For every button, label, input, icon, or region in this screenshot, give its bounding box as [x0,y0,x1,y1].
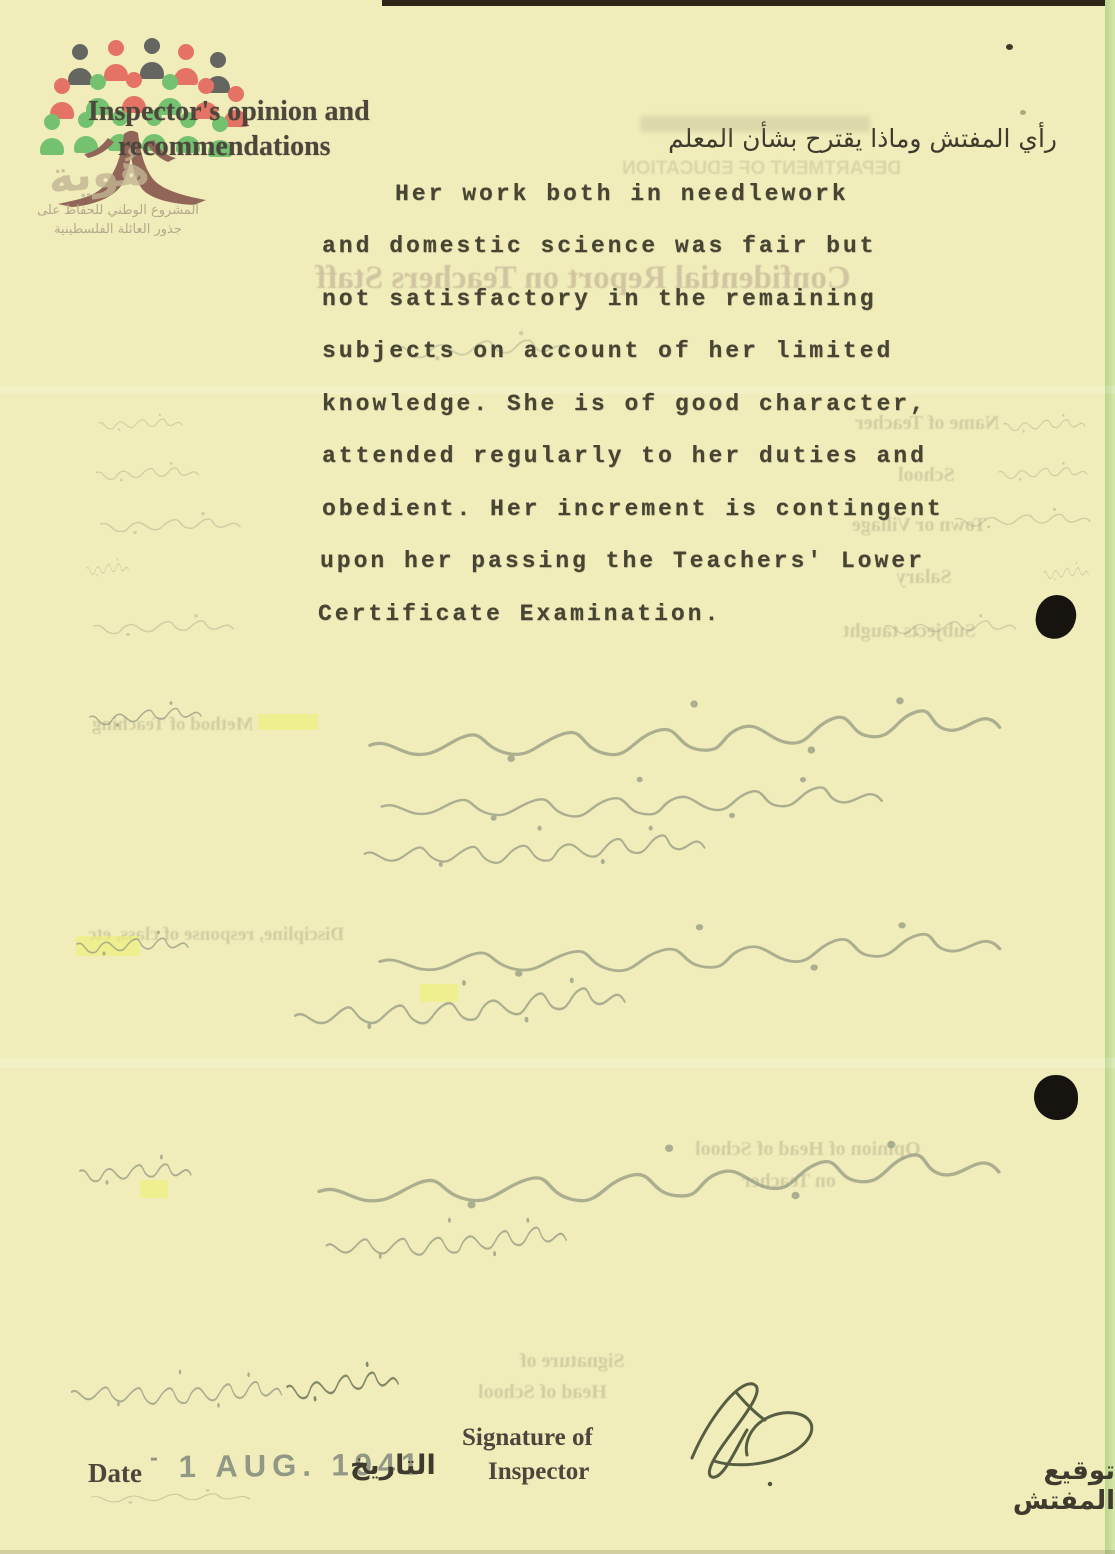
inspector-signature-label-arabic: توقيع المفتش [938,1456,1115,1516]
scan-top-edge [382,0,1115,6]
section-title-english-line1: Inspector's opinion and [88,96,370,128]
bleedthrough-date-note [85,1488,255,1506]
handwriting-method-note [379,687,1011,769]
handwriting-opinion-note [75,1152,195,1190]
bleedthrough-smudge [640,116,870,132]
inspector-signature-label-line2: Inspector [488,1458,589,1486]
report-line-7: obedient. Her increment is contingent [322,496,944,522]
report-line-4: subjects on account of her limited [322,338,893,364]
bleedthrough-head-signature-line2: Head of School [478,1381,607,1404]
handwriting-method-note [390,771,891,825]
hole-punch [1033,592,1079,641]
logo-org-line2: جذور العائلة الفلسطينية [28,222,208,237]
handwriting-margin-note [995,460,1090,484]
handwriting-method-note [85,698,206,732]
highlight-mark [258,714,318,730]
bleedthrough-head-signature-line1: Signature of [520,1350,625,1373]
handwriting-margin-note [1000,412,1088,436]
handwriting-footer-note [75,1368,285,1408]
ink-speck [1020,110,1026,115]
handwriting-discipline-note [72,928,192,960]
section-title-english-line2: recommendations [118,131,331,163]
date-label: Date [88,1458,142,1489]
hole-punch [1034,1075,1078,1120]
handwriting-footer-scribble [281,1356,404,1410]
handwriting-margin-note [880,612,1020,640]
report-line-2: and domestic science was fair but [322,233,876,259]
scan-right-edge [1105,0,1115,1554]
handwriting-margin-note [1042,560,1090,584]
inspector-signature-label-line1: Signature of [462,1424,593,1452]
bleedthrough-department: DEPARTMENT OF EDUCATION [622,158,901,180]
handwriting-opinion-note [329,1130,1011,1216]
handwriting-margin-note [95,510,245,538]
handwriting-margin-note [95,412,185,434]
report-line-3: not satisfactory in the remaining [322,286,876,312]
handwriting-margin-note [950,506,1095,532]
handwriting-discipline-note [299,969,631,1034]
handwriting-margin-note [85,556,130,580]
handwriting-opinion-note [329,1212,570,1262]
date-stamp-dash: - [150,1444,164,1471]
report-line-1: Her work both in needlework [395,181,849,207]
inspector-signature [652,1362,827,1497]
report-line-9: Certificate Examination. [318,601,721,627]
paper-fold-line [0,1058,1115,1068]
ink-speck [1006,44,1013,50]
date-label-arabic: التاريخ [350,1450,436,1481]
logo-org-line1: المشروع الوطني للحفاظ على [28,203,208,218]
handwriting-discipline-note [389,914,1010,982]
report-line-6: attended regularly to her duties and [322,443,927,469]
handwriting-method-note [370,820,711,871]
handwriting-margin-note [92,460,202,485]
scan-bottom-edge [0,1550,1115,1554]
handwriting-margin-note [88,612,238,640]
document-page: هُوية المشروع الوطني للحفاظ على جذور الع… [0,0,1115,1554]
report-line-5: knowledge. She is of good character, [322,391,927,417]
report-line-8: upon her passing the Teachers' Lower [320,548,925,574]
